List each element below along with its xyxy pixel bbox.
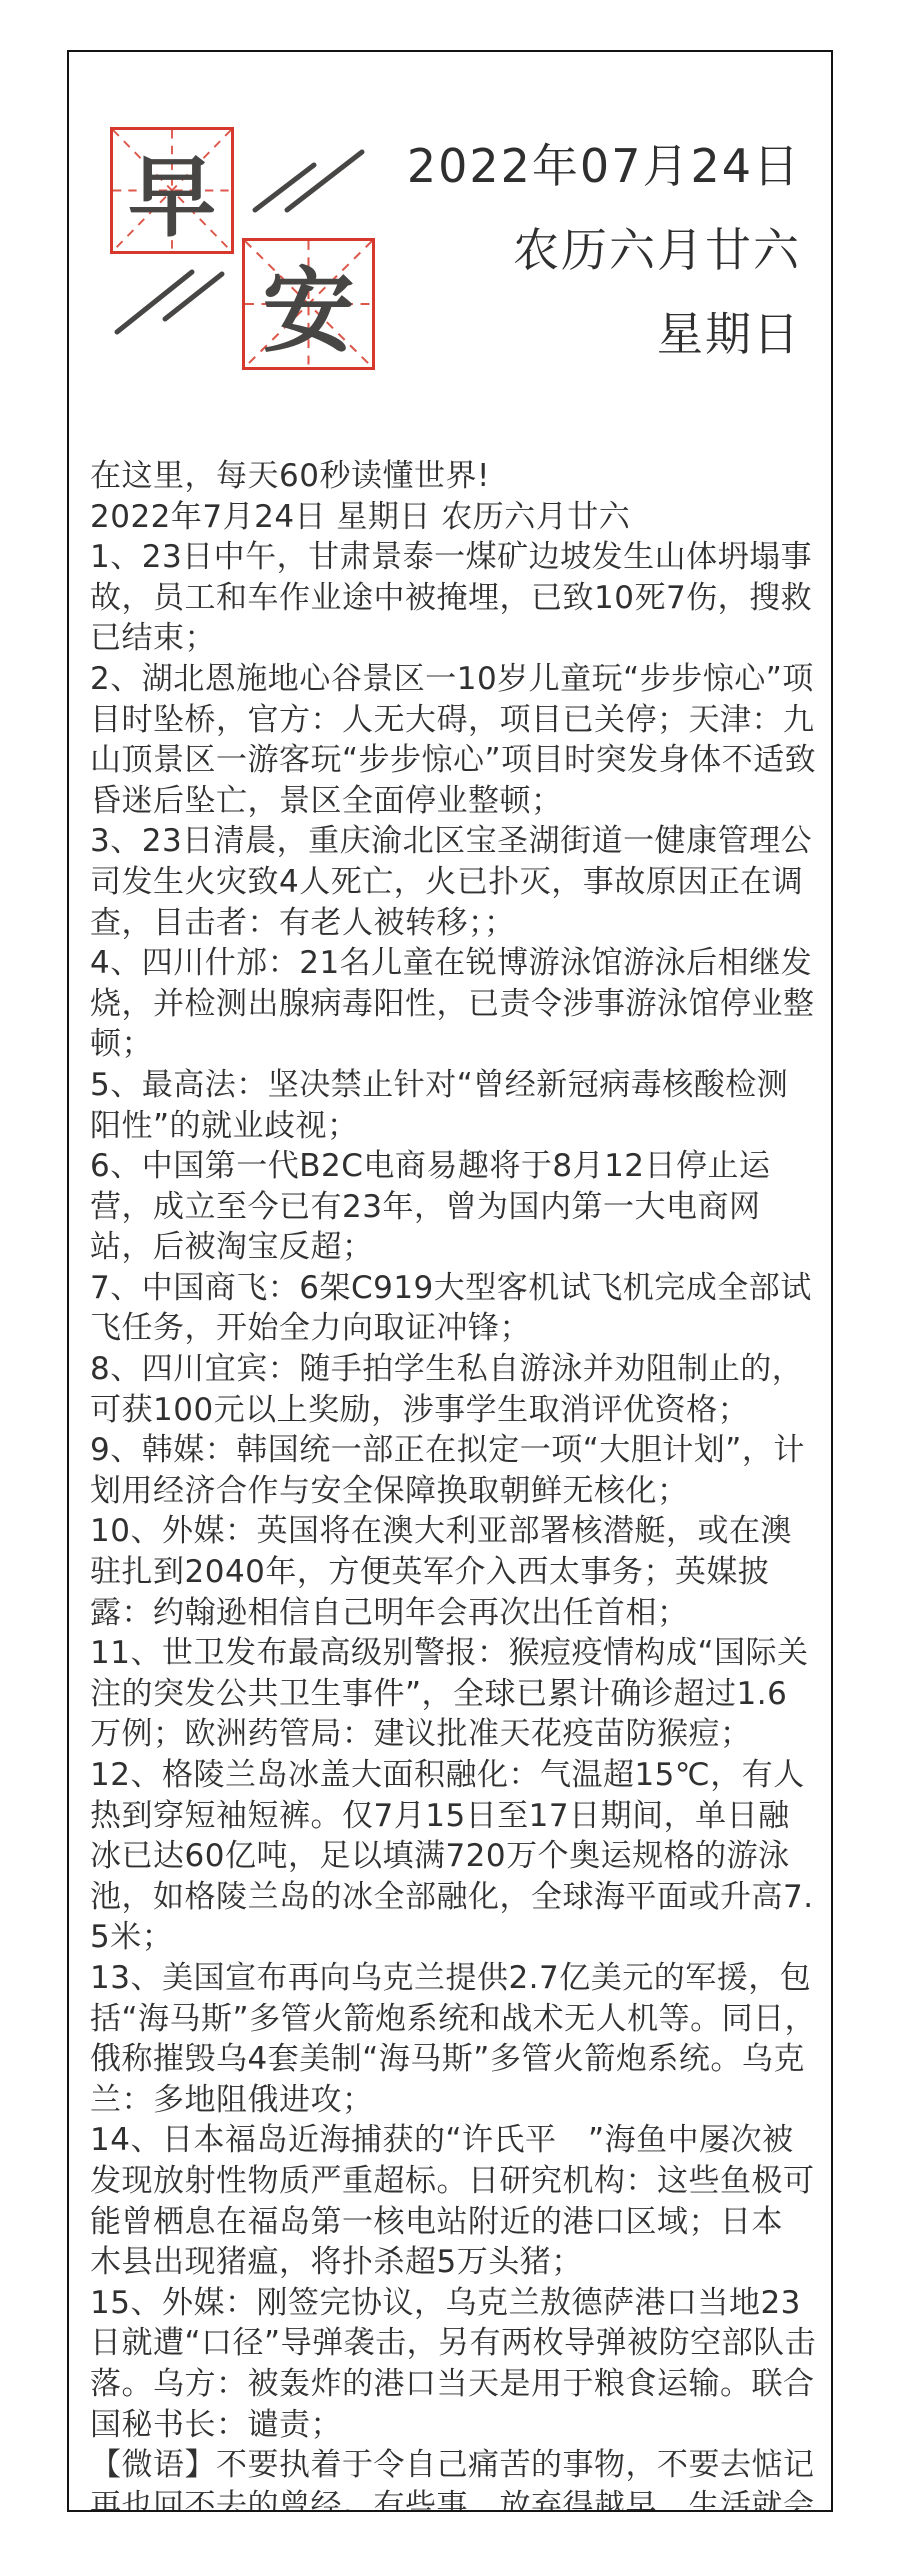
news-item: 5、最高法：坚决禁止针对“曾经新冠病毒核酸检测阳性”的就业歧视； [90,1065,818,1146]
news-item: 10、外媒：英国将在澳大利亚部署核潜艇，或在澳驻扎到2040年，方便英军介入西太… [90,1511,818,1633]
tianzige-grid-zao: 早 [110,127,234,254]
news-item: 3、23日清晨，重庆渝北区宝圣湖街道一健康管理公司发生火灾致4人死亡，火已扑灭，… [90,821,818,943]
news-item: 13、美国宣布再向乌克兰提供2.7亿美元的军援，包括“海马斯”多管火箭炮系统和战… [90,1958,818,2120]
news-item: 8、四川宜宾：随手拍学生私自游泳并劝阻制止的，可获100元以上奖励，涉事学生取消… [90,1349,818,1430]
date-gregorian: 2022年07月24日 [407,124,801,208]
date-heading-line: 2022年7月24日 星期日 农历六月廿六 [90,497,818,538]
news-item: 12、格陵兰岛冰盖大面积融化：气温超15℃，有人热到穿短袖短裤。仅7月15日至1… [90,1755,818,1958]
news-item: 4、四川什邡：21名儿童在锐博游泳馆游泳后相继发烧，并检测出腺病毒阳性，已责令涉… [90,943,818,1065]
news-item: 6、中国第一代B2C电商易趣将于8月12日停止运营，成立至今已有23年，曾为国内… [90,1146,818,1268]
news-item: 9、韩媒：韩国统一部正在拟定一项“大胆计划”，计划用经济合作与安全保障换取朝鲜无… [90,1430,818,1511]
news-content: 在这里，每天60秒读懂世界! 2022年7月24日 星期日 农历六月廿六 1、2… [90,456,818,2512]
news-item: 11、世卫发布最高级别警报：猴痘疫情构成“国际关注的突发公共卫生事件”，全球已累… [90,1633,818,1755]
news-list: 1、23日中午，甘肃景泰一煤矿边坡发生山体坍塌事故，员工和车作业途中被掩埋，已致… [90,537,818,2445]
header: 早 安 2022年07月24日 农历六月廿六 星期日 [69,52,831,422]
date-lunar: 农历六月廿六 [407,208,801,292]
news-item: 2、湖北恩施地心谷景区一10岁儿童玩“步步惊心”项目时坠桥，官方：人无大碍，项目… [90,659,818,821]
date-weekday: 星期日 [407,292,801,376]
weiyu-quote: 【微语】不要执着于令自己痛苦的事物，不要去惦记再也回不去的曾经。有些事，放弃得越… [90,2445,818,2512]
tianzige-grid-an: 安 [242,238,375,370]
news-item: 7、中国商飞：6架C919大型客机试飞机完成全部试飞任务，开始全力向取证冲锋； [90,1268,818,1349]
news-item: 15、外媒：刚签完协议，乌克兰敖德萨港口当地23日就遭“口径”导弹袭击，另有两枚… [90,2283,818,2445]
greeting-char-zao: 早 [113,130,231,251]
morning-briefing-page: 早 安 2022年07月24日 农历六月廿六 星期日 在这里，每天60秒读懂世界… [0,0,900,2560]
news-item: 1、23日中午，甘肃景泰一煤矿边坡发生山体坍塌事故，员工和车作业途中被掩埋，已致… [90,537,818,659]
intro-line: 在这里，每天60秒读懂世界! [90,456,818,497]
news-item: 14、日本福岛近海捕获的“许氏平 ”海鱼中屡次被发现放射性物质严重超标。日研究机… [90,2120,818,2282]
date-block: 2022年07月24日 农历六月廿六 星期日 [407,124,801,376]
content-frame: 早 安 2022年07月24日 农历六月廿六 星期日 在这里，每天60秒读懂世界… [67,50,833,2512]
greeting-char-an: 安 [245,241,372,367]
